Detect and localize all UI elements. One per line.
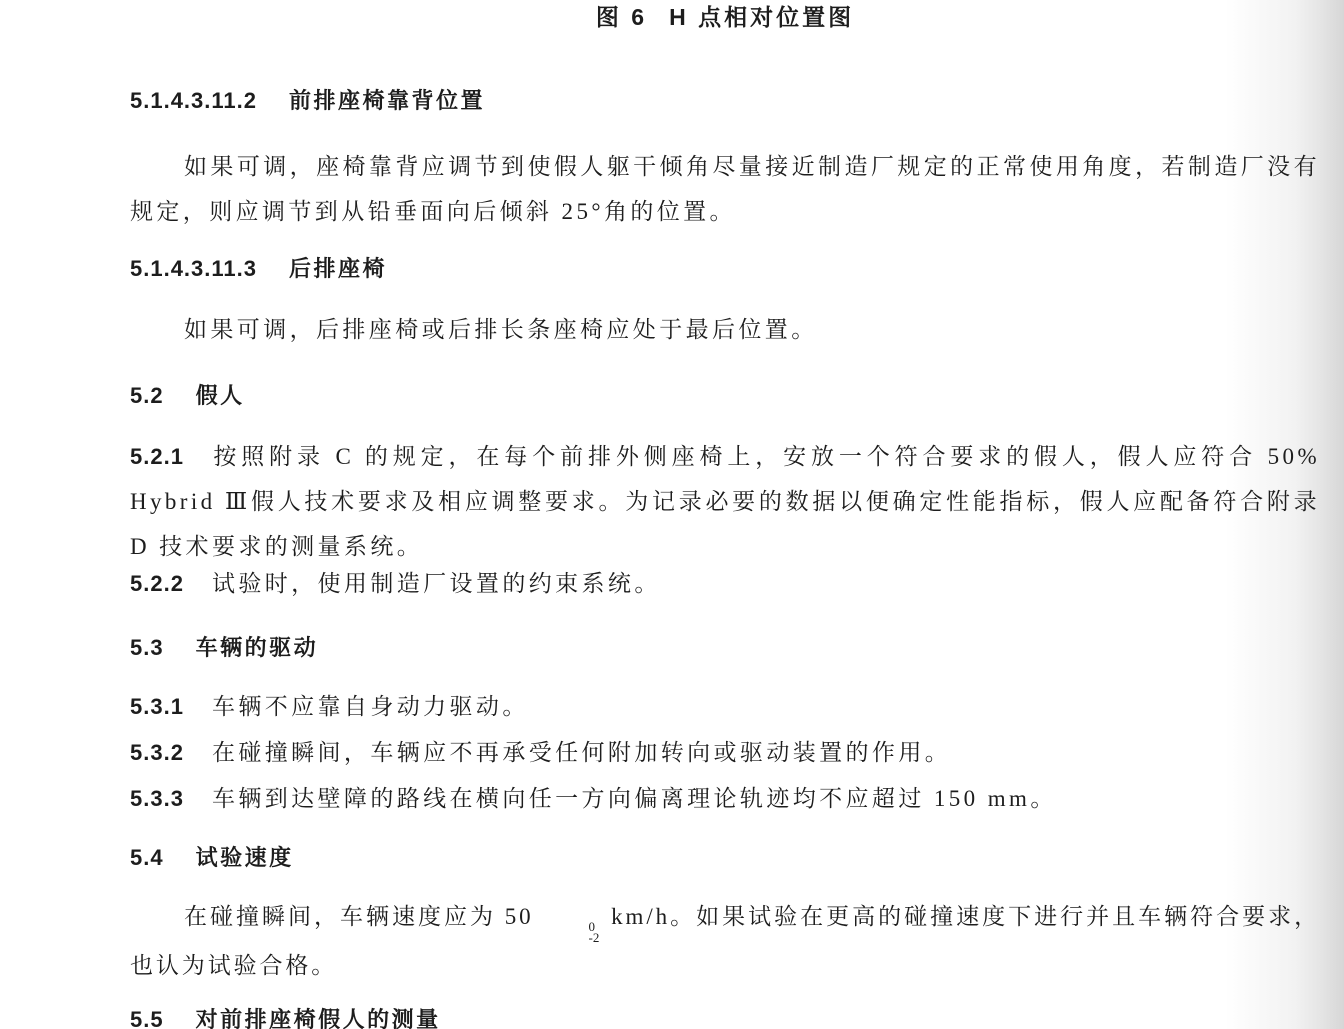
clause-text: 车辆到达壁障的路线在横向任一方向偏离理论轨迹均不应超过 150 mm。 <box>212 786 1057 811</box>
clause-number: 5.3.3 <box>130 786 184 811</box>
clause-title: 假人 <box>196 383 245 408</box>
clause-number: 5.1.4.3.11.2 <box>130 88 257 113</box>
heading-5-5: 5.5对前排座椅假人的测量 <box>130 1005 1320 1029</box>
paragraph-test-speed: 在碰撞瞬间，车辆速度应为 500-2 km/h。如果试验在更高的碰撞速度下进行并… <box>130 894 1320 988</box>
heading-5-3: 5.3车辆的驱动 <box>130 633 1320 663</box>
clause-number: 5.3.2 <box>130 740 184 765</box>
figure-caption: 图 6H 点相对位置图 <box>130 2 1320 32</box>
clause-text: 在碰撞瞬间，车辆应不再承受任何附加转向或驱动装置的作用。 <box>212 740 951 765</box>
clause-number: 5.5 <box>130 1007 164 1029</box>
clause-title: 前排座椅靠背位置 <box>289 88 485 113</box>
clause-5-3-2: 5.3.2在碰撞瞬间，车辆应不再承受任何附加转向或驱动装置的作用。 <box>130 730 1320 775</box>
clause-text: 车辆不应靠自身动力驱动。 <box>212 694 529 719</box>
clause-number: 5.3 <box>130 635 164 660</box>
clause-5-3-1: 5.3.1车辆不应靠自身动力驱动。 <box>130 684 1320 729</box>
clause-5-3-3: 5.3.3车辆到达壁障的路线在横向任一方向偏离理论轨迹均不应超过 150 mm。 <box>130 776 1320 821</box>
tolerance-upper: 0 <box>535 921 596 932</box>
clause-text: 按照附录 C 的规定，在每个前排外侧座椅上，安放一个符合要求的假人，假人应符合 … <box>130 444 1320 559</box>
paragraph-seatback: 如果可调，座椅靠背应调节到使假人躯干倾角尽量接近制造厂规定的正常使用角度，若制造… <box>130 144 1320 234</box>
clause-text: 试验时，使用制造厂设置的约束系统。 <box>212 571 661 596</box>
document-page: 图 6H 点相对位置图 5.1.4.3.11.2前排座椅靠背位置 如果可调，座椅… <box>0 0 1344 1029</box>
clause-5-2-2: 5.2.2试验时，使用制造厂设置的约束系统。 <box>130 561 1320 606</box>
heading-5-2: 5.2假人 <box>130 381 1320 411</box>
tolerance-notation: 0-2 <box>535 921 600 943</box>
clause-title: 对前排座椅假人的测量 <box>196 1007 441 1029</box>
paragraph-rear-seat: 如果可调，后排座椅或后排长条座椅应处于最后位置。 <box>130 307 1320 352</box>
heading-5-1-4-3-11-2: 5.1.4.3.11.2前排座椅靠背位置 <box>130 86 1320 116</box>
figure-title: H 点相对位置图 <box>669 4 854 30</box>
clause-title: 试验速度 <box>196 845 294 870</box>
clause-number: 5.2.2 <box>130 571 184 596</box>
clause-number: 5.2 <box>130 383 164 408</box>
heading-5-1-4-3-11-3: 5.1.4.3.11.3后排座椅 <box>130 254 1320 284</box>
clause-number: 5.3.1 <box>130 694 184 719</box>
clause-title: 车辆的驱动 <box>196 635 319 660</box>
figure-label: 图 6 <box>596 4 647 30</box>
tolerance-lower: -2 <box>535 932 600 943</box>
clause-5-2-1: 5.2.1按照附录 C 的规定，在每个前排外侧座椅上，安放一个符合要求的假人，假… <box>130 434 1320 569</box>
clause-title: 后排座椅 <box>289 256 387 281</box>
heading-5-4: 5.4试验速度 <box>130 843 1320 873</box>
clause-number: 5.2.1 <box>130 444 184 469</box>
clause-number: 5.4 <box>130 845 164 870</box>
speed-text-prefix: 在碰撞瞬间，车辆速度应为 50 <box>184 904 534 929</box>
clause-number: 5.1.4.3.11.3 <box>130 256 257 281</box>
